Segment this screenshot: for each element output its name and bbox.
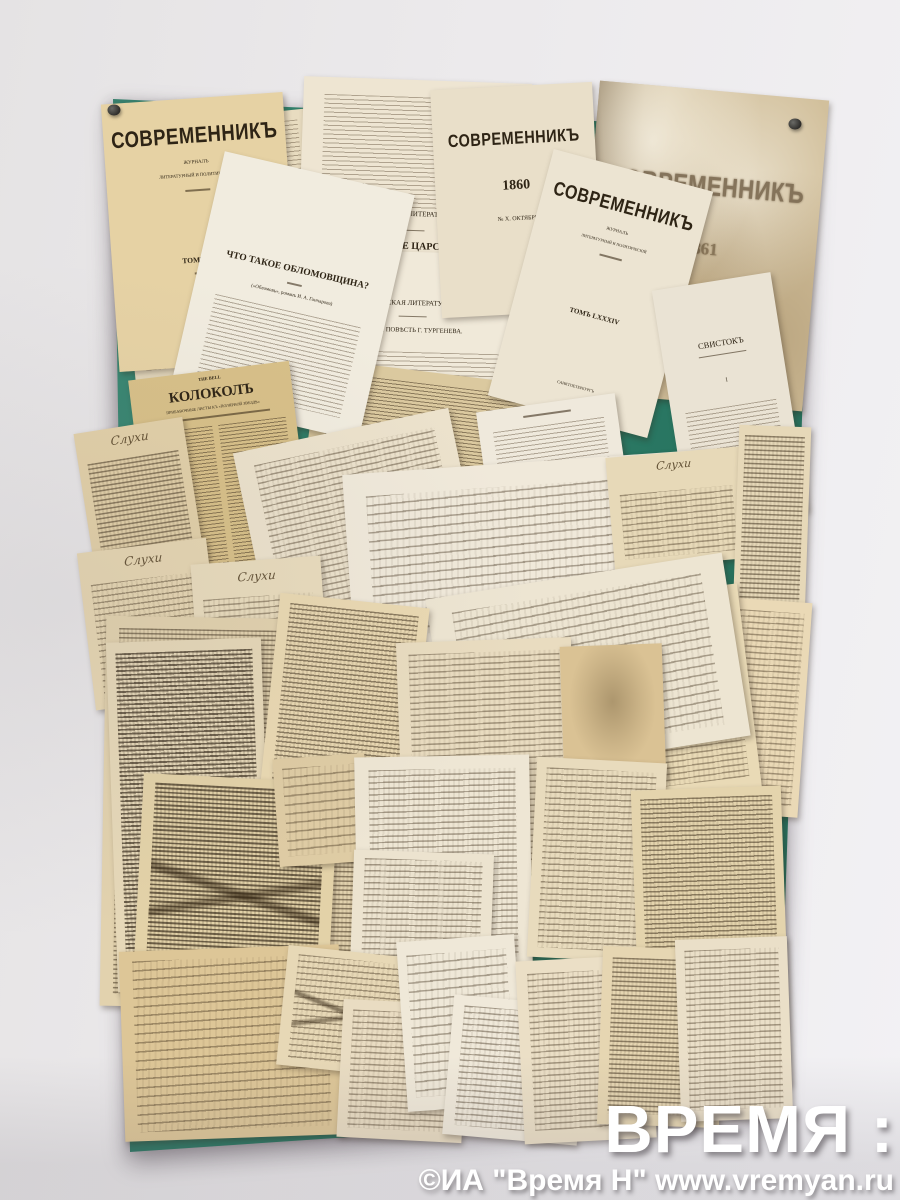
paper-title: Слухи (79, 425, 181, 454)
push-pin (108, 105, 121, 116)
paper-text-block (619, 485, 738, 560)
paper-text-block (282, 763, 362, 856)
manuscript (733, 425, 812, 617)
push-pin (789, 119, 802, 130)
divider-rule (523, 409, 570, 417)
divider-rule (599, 254, 622, 261)
paper-title: Слухи (195, 566, 318, 587)
watermark: ВРЕМЯ : ©ИА "Время Н" www.vremyan.ru (419, 1099, 894, 1198)
watermark-brand: ВРЕМЯ : (419, 1099, 894, 1161)
divider-rule (286, 282, 302, 287)
paper-title: Слухи (610, 453, 737, 476)
paper-title: Слухи (82, 546, 204, 574)
paper-title: ЧТО ТАКОЕ ОБЛОМОВЩИНА? (207, 246, 388, 297)
paper-text-block (684, 947, 784, 1110)
paper-title: ТОМЪ LXXXIV (518, 293, 670, 340)
divider-rule (399, 315, 427, 317)
paper-title: СОВРЕМЕННИКЪ (108, 117, 280, 153)
paper-title: 1 (671, 368, 783, 392)
divider-rule (699, 349, 747, 358)
paper-title: СОВРЕМЕННИКЪ (437, 126, 590, 153)
papers-layer: РУССКАЯ ЛИТЕРАТУРА.ТЕМНОЕ ЦАРСТВО(Сочине… (0, 0, 900, 1200)
paper-text-block (739, 434, 805, 607)
watermark-credit: ©ИА "Время Н" www.vremyan.ru (419, 1164, 894, 1198)
divider-rule (185, 188, 211, 191)
sluhi-manuscript: Слухи (605, 446, 749, 569)
exhibit-photo: РУССКАЯ ЛИТЕРАТУРА.ТЕМНОЕ ЦАРСТВО(Сочине… (0, 0, 900, 1200)
